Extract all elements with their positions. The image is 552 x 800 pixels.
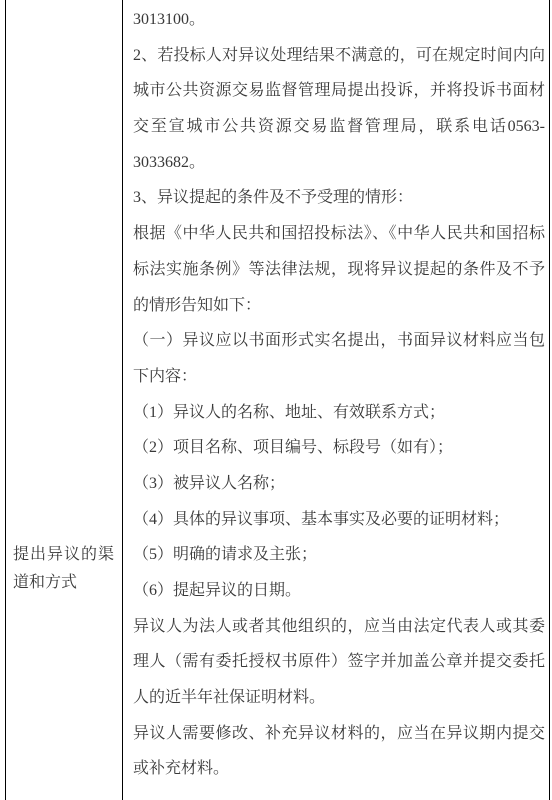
text-line: 提出异议的渠 (13, 541, 114, 569)
text-line: 理人（需有委托授权书原件）签字并加盖公章并提交委托代理 (133, 644, 545, 680)
text-line: （3）被异议人名称； (133, 466, 545, 502)
text-line: 3033682。 (133, 145, 545, 181)
document-page: 提出异议的渠道和方式 3013100。2、若投标人对异议处理结果不满意的，可在规… (0, 0, 552, 800)
text-line: 根据《中华人民共和国招投标法》、《中华人民共和国招标投 (133, 216, 545, 252)
text-line: 道和方式 (13, 569, 114, 597)
row-content-cell: 3013100。2、若投标人对异议处理结果不满意的，可在规定时间内向宣城市公共资… (123, 0, 549, 800)
text-line: 异议人为法人或者其他组织的，应当由法定代表人或其委托代 (133, 609, 545, 645)
text-line: （2）项目名称、项目编号、标段号（如有）； (133, 430, 545, 466)
text-line: 2、若投标人对异议处理结果不满意的，可在规定时间内向宣 (133, 38, 545, 74)
text-line: 3013100。 (133, 2, 545, 38)
text-line: 3、异议提起的条件及不予受理的情形： (133, 180, 545, 216)
text-line: 的情形告知如下： (133, 288, 545, 324)
row-header-cell: 提出异议的渠道和方式 (6, 0, 122, 800)
text-line: 交至宣城市公共资源交易监督管理局，联系电话0563- (133, 109, 545, 145)
text-line: （一）异议应以书面形式实名提出，书面异议材料应当包括以 (133, 323, 545, 359)
objection-procedure-text: 3013100。2、若投标人对异议处理结果不满意的，可在规定时间内向宣城市公共资… (133, 2, 545, 787)
text-line: 或补充材料。 (133, 751, 545, 787)
text-line: （5）明确的请求及主张； (133, 537, 545, 573)
text-line: 异议人需要修改、补充异议材料的，应当在异议期内提交修改 (133, 716, 545, 752)
text-line: 下内容： (133, 359, 545, 395)
text-line: （6）提起异议的日期。 (133, 573, 545, 609)
row-header-label: 提出异议的渠道和方式 (13, 541, 114, 597)
text-line: 人的近半年社保证明材料。 (133, 680, 545, 716)
text-line: 城市公共资源交易监督管理局提出投诉，并将投诉书面材料递 (133, 73, 545, 109)
text-line: 标法实施条例》等法律法规，现将异议提起的条件及不予受理 (133, 252, 545, 288)
table-border-right (549, 0, 550, 800)
text-line: （1）异议人的名称、地址、有效联系方式； (133, 395, 545, 431)
text-line: （4）具体的异议事项、基本事实及必要的证明材料； (133, 502, 545, 538)
